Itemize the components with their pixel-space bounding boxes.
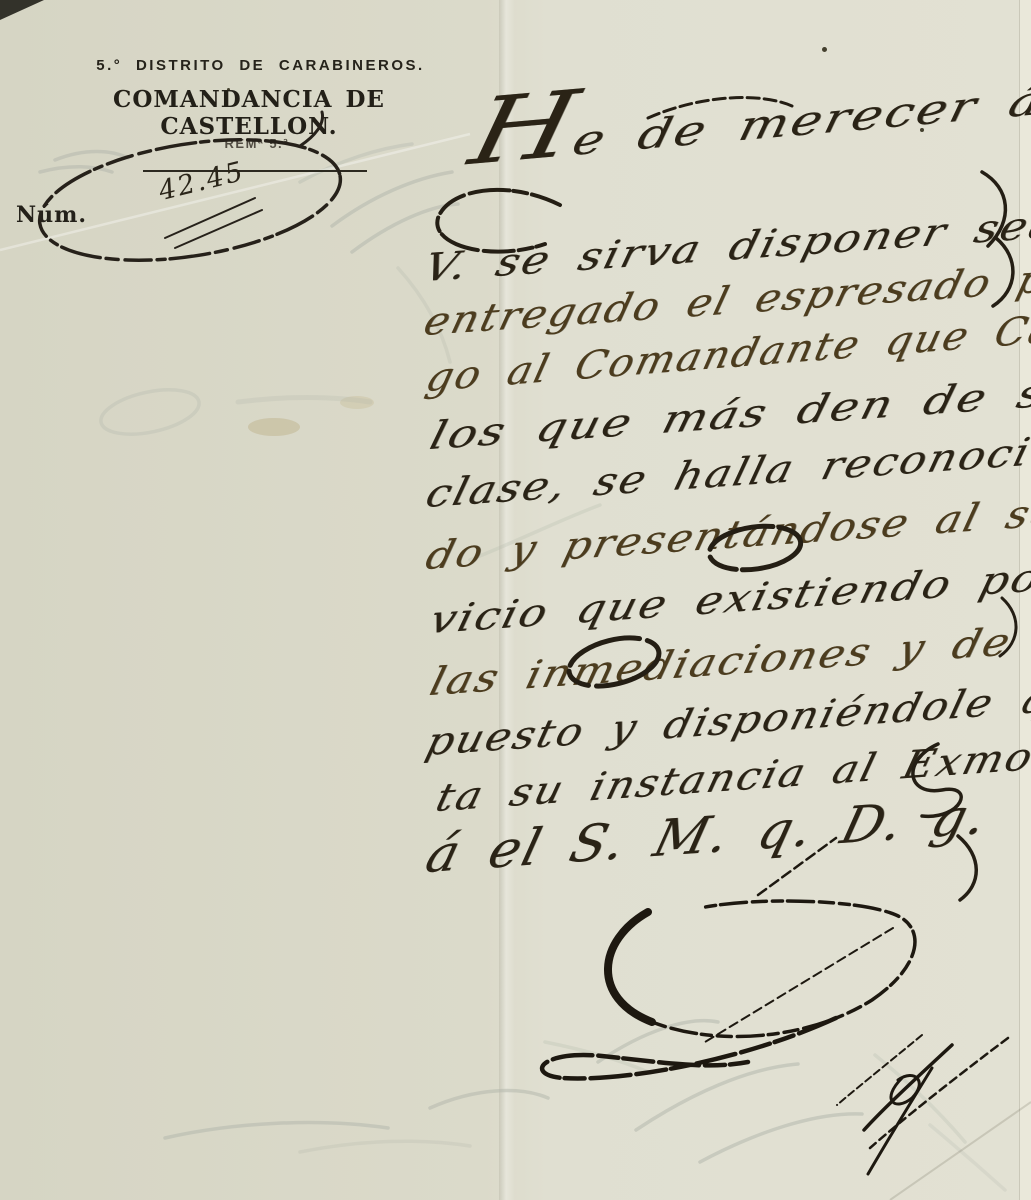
ink-speck — [822, 47, 827, 52]
number-value-handwritten: 42.45 — [156, 156, 248, 207]
paper-stain — [340, 396, 374, 409]
paper-stain — [248, 418, 300, 436]
scan-corner-artifact — [0, 0, 44, 20]
letterhead-small-print: REMª 5.ª — [148, 136, 366, 151]
letterhead-district-line: 5.° DISTRITO DE CARABINEROS. — [88, 57, 433, 74]
scanned-letter-page: 5.° DISTRITO DE CARABINEROS. COMANDANCIA… — [0, 0, 1031, 1200]
fold-crease-diagonal — [0, 134, 470, 250]
letterhead-command-line: COMANDANCIA DE CASTELLON. — [18, 86, 480, 140]
handwriting-line-1: He de merecer á — [464, 77, 1031, 174]
number-label: Núm. — [16, 202, 87, 228]
signature-flourish — [542, 838, 1008, 1174]
